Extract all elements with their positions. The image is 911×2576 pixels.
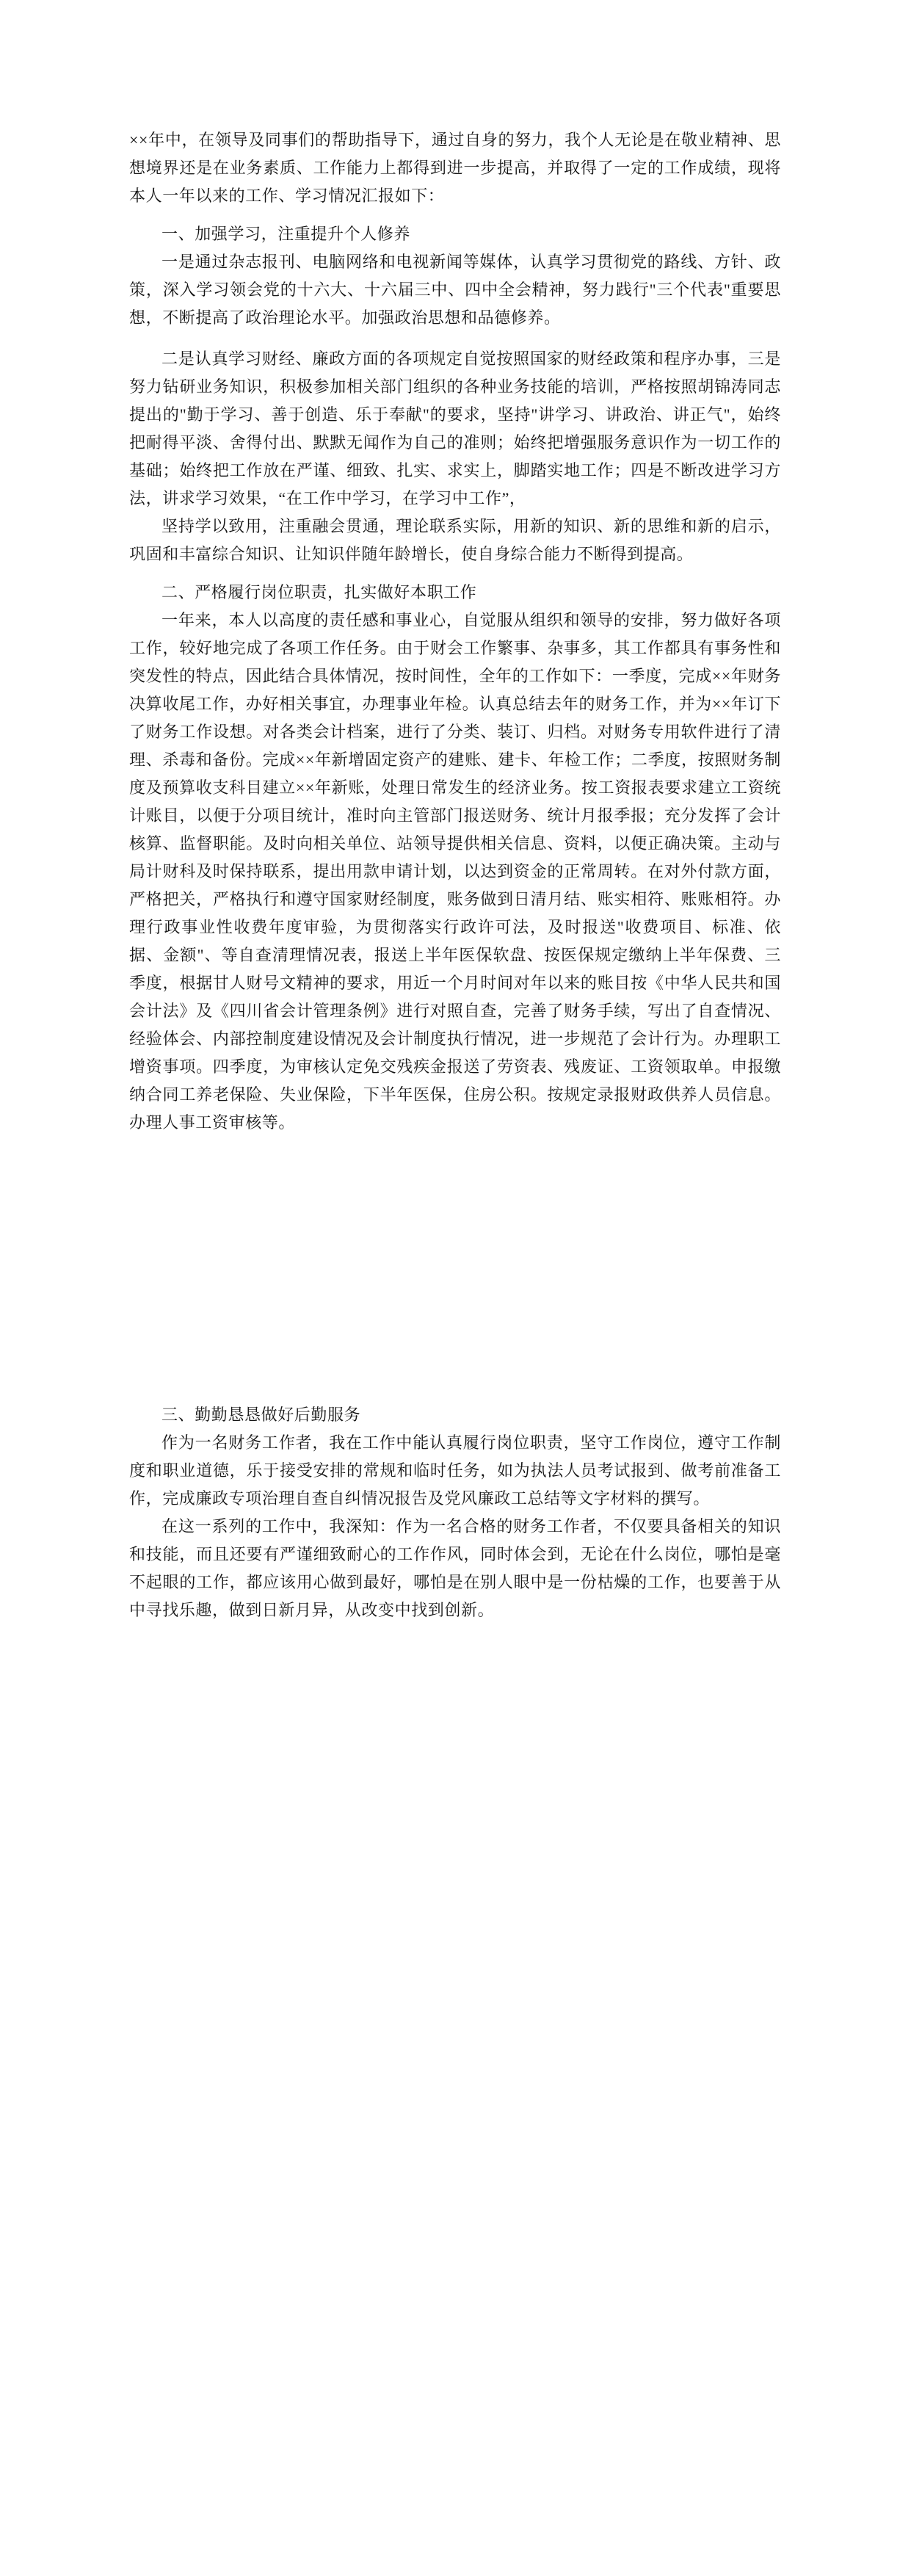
document-page: ××年中，在领导及同事们的帮助指导下，通过自身的努力，我个人无论是在敬业精神、思… [0,0,911,2576]
intro-paragraph: ××年中，在领导及同事们的帮助指导下，通过自身的努力，我个人无论是在敬业精神、思… [129,126,781,210]
section-3-heading: 三、勤勤恳恳做好后勤服务 [129,1401,781,1429]
section-1-paragraph-3: 坚持学以致用，注重融会贯通，理论联系实际，用新的知识、新的思维和新的启示，巩固和… [129,513,781,568]
section-2-paragraph-1: 一年来，本人以高度的责任感和事业心，自觉服从组织和领导的安排，努力做好各项工作，… [129,607,781,1137]
section-1-paragraph-2: 二是认真学习财经、廉政方面的各项规定自觉按照国家的财经政策和程序办事，三是努力钻… [129,345,781,513]
section-3-paragraph-2: 在这一系列的工作中，我深知：作为一名合格的财务工作者，不仅要具备相关的知识和技能… [129,1513,781,1624]
section-2-heading: 二、严格履行岗位职责，扎实做好本职工作 [129,579,781,607]
section-1-paragraph-1: 一是通过杂志报刊、电脑网络和电视新闻等媒体，认真学习贯彻党的路线、方针、政策，深… [129,248,781,332]
section-1-heading: 一、加强学习，注重提升个人修养 [129,220,781,248]
section-3-paragraph-1: 作为一名财务工作者，我在工作中能认真履行岗位职责，坚守工作岗位，遵守工作制度和职… [129,1429,781,1513]
blank-gap [129,1137,781,1391]
